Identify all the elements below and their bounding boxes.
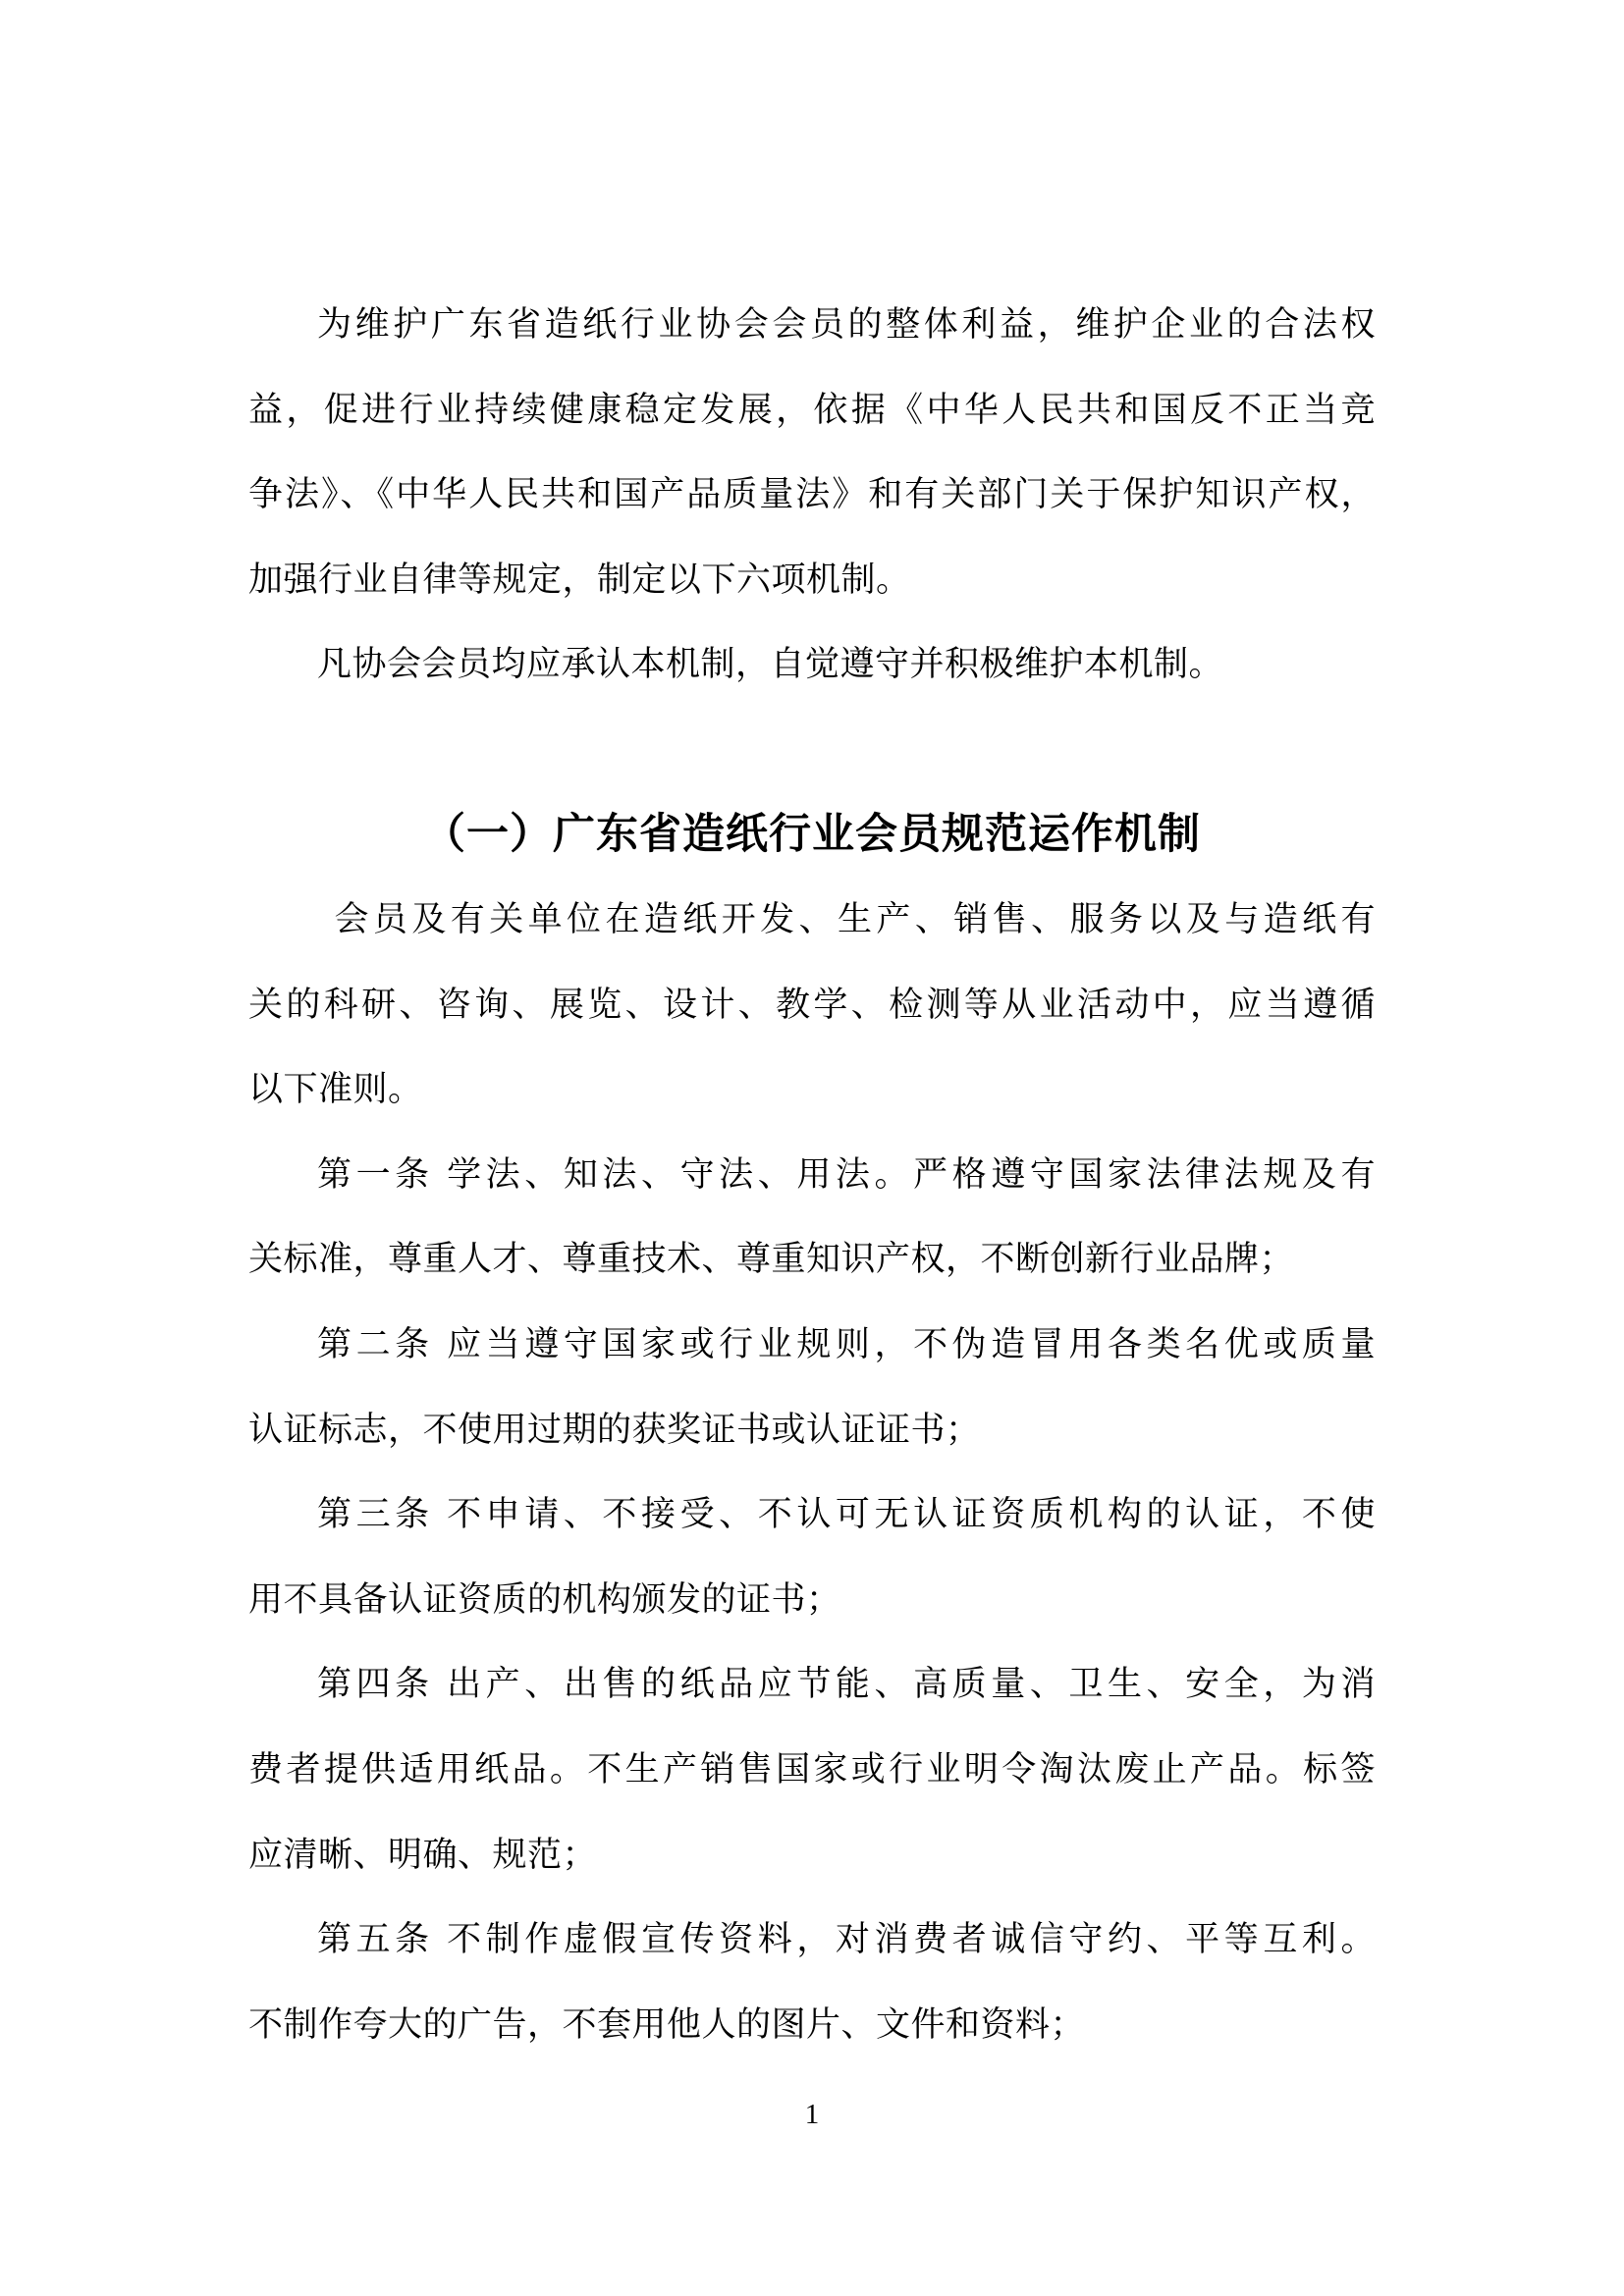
text-line: 争法》、《中华人民共和国产品质量法》和有关部门关于保护知识产权， [248, 453, 1376, 538]
text-line: 第三条 不申请、不接受、不认可无认证资质机构的认证，不使 [248, 1472, 1376, 1558]
text-line: 关的科研、咨询、展览、设计、教学、检测等从业活动中，应当遵循 [248, 963, 1376, 1048]
text-line: 应清晰、明确、规范； [248, 1813, 1376, 1898]
text-line: 为维护广东省造纸行业协会会员的整体利益，维护企业的合法权 [248, 283, 1376, 368]
page-number: 1 [0, 2095, 1624, 2134]
text-line: 用不具备认证资质的机构颁发的证书； [248, 1558, 1376, 1643]
text-line: 第二条 应当遵守国家或行业规则，不伪造冒用各类名优或质量 [248, 1303, 1376, 1388]
document-page: 为维护广东省造纸行业协会会员的整体利益，维护企业的合法权 益，促进行业持续健康稳… [0, 0, 1624, 2296]
text-line: 不制作夸大的广告，不套用他人的图片、文件和资料； [248, 1983, 1376, 2068]
text-line: 加强行业自律等规定，制定以下六项机制。 [248, 538, 1376, 623]
text-line: 以下准则。 [248, 1047, 1376, 1133]
section-heading: （一）广东省造纸行业会员规范运作机制 [248, 792, 1376, 878]
text-line: 第五条 不制作虚假宣传资料，对消费者诚信守约、平等互利。 [248, 1897, 1376, 1983]
text-line: 第一条 学法、知法、守法、用法。严格遵守国家法律法规及有 [248, 1133, 1376, 1218]
text-line: 认证标志，不使用过期的获奖证书或认证证书； [248, 1388, 1376, 1473]
text-line: 第四条 出产、出售的纸品应节能、高质量、卫生、安全，为消 [248, 1642, 1376, 1728]
text-line: 费者提供适用纸品。不生产销售国家或行业明令淘汰废止产品。标签 [248, 1728, 1376, 1813]
text-line: 益，促进行业持续健康稳定发展，依据《中华人民共和国反不正当竞 [248, 368, 1376, 454]
text-line: 关标准，尊重人才、尊重技术、尊重知识产权，不断创新行业品牌； [248, 1217, 1376, 1303]
page-content: 为维护广东省造纸行业协会会员的整体利益，维护企业的合法权 益，促进行业持续健康稳… [248, 283, 1376, 2067]
text-line: 会员及有关单位在造纸开发、生产、销售、服务以及与造纸有 [248, 878, 1376, 963]
text-line: 凡协会会员均应承认本机制，自觉遵守并积极维护本机制。 [248, 622, 1376, 708]
